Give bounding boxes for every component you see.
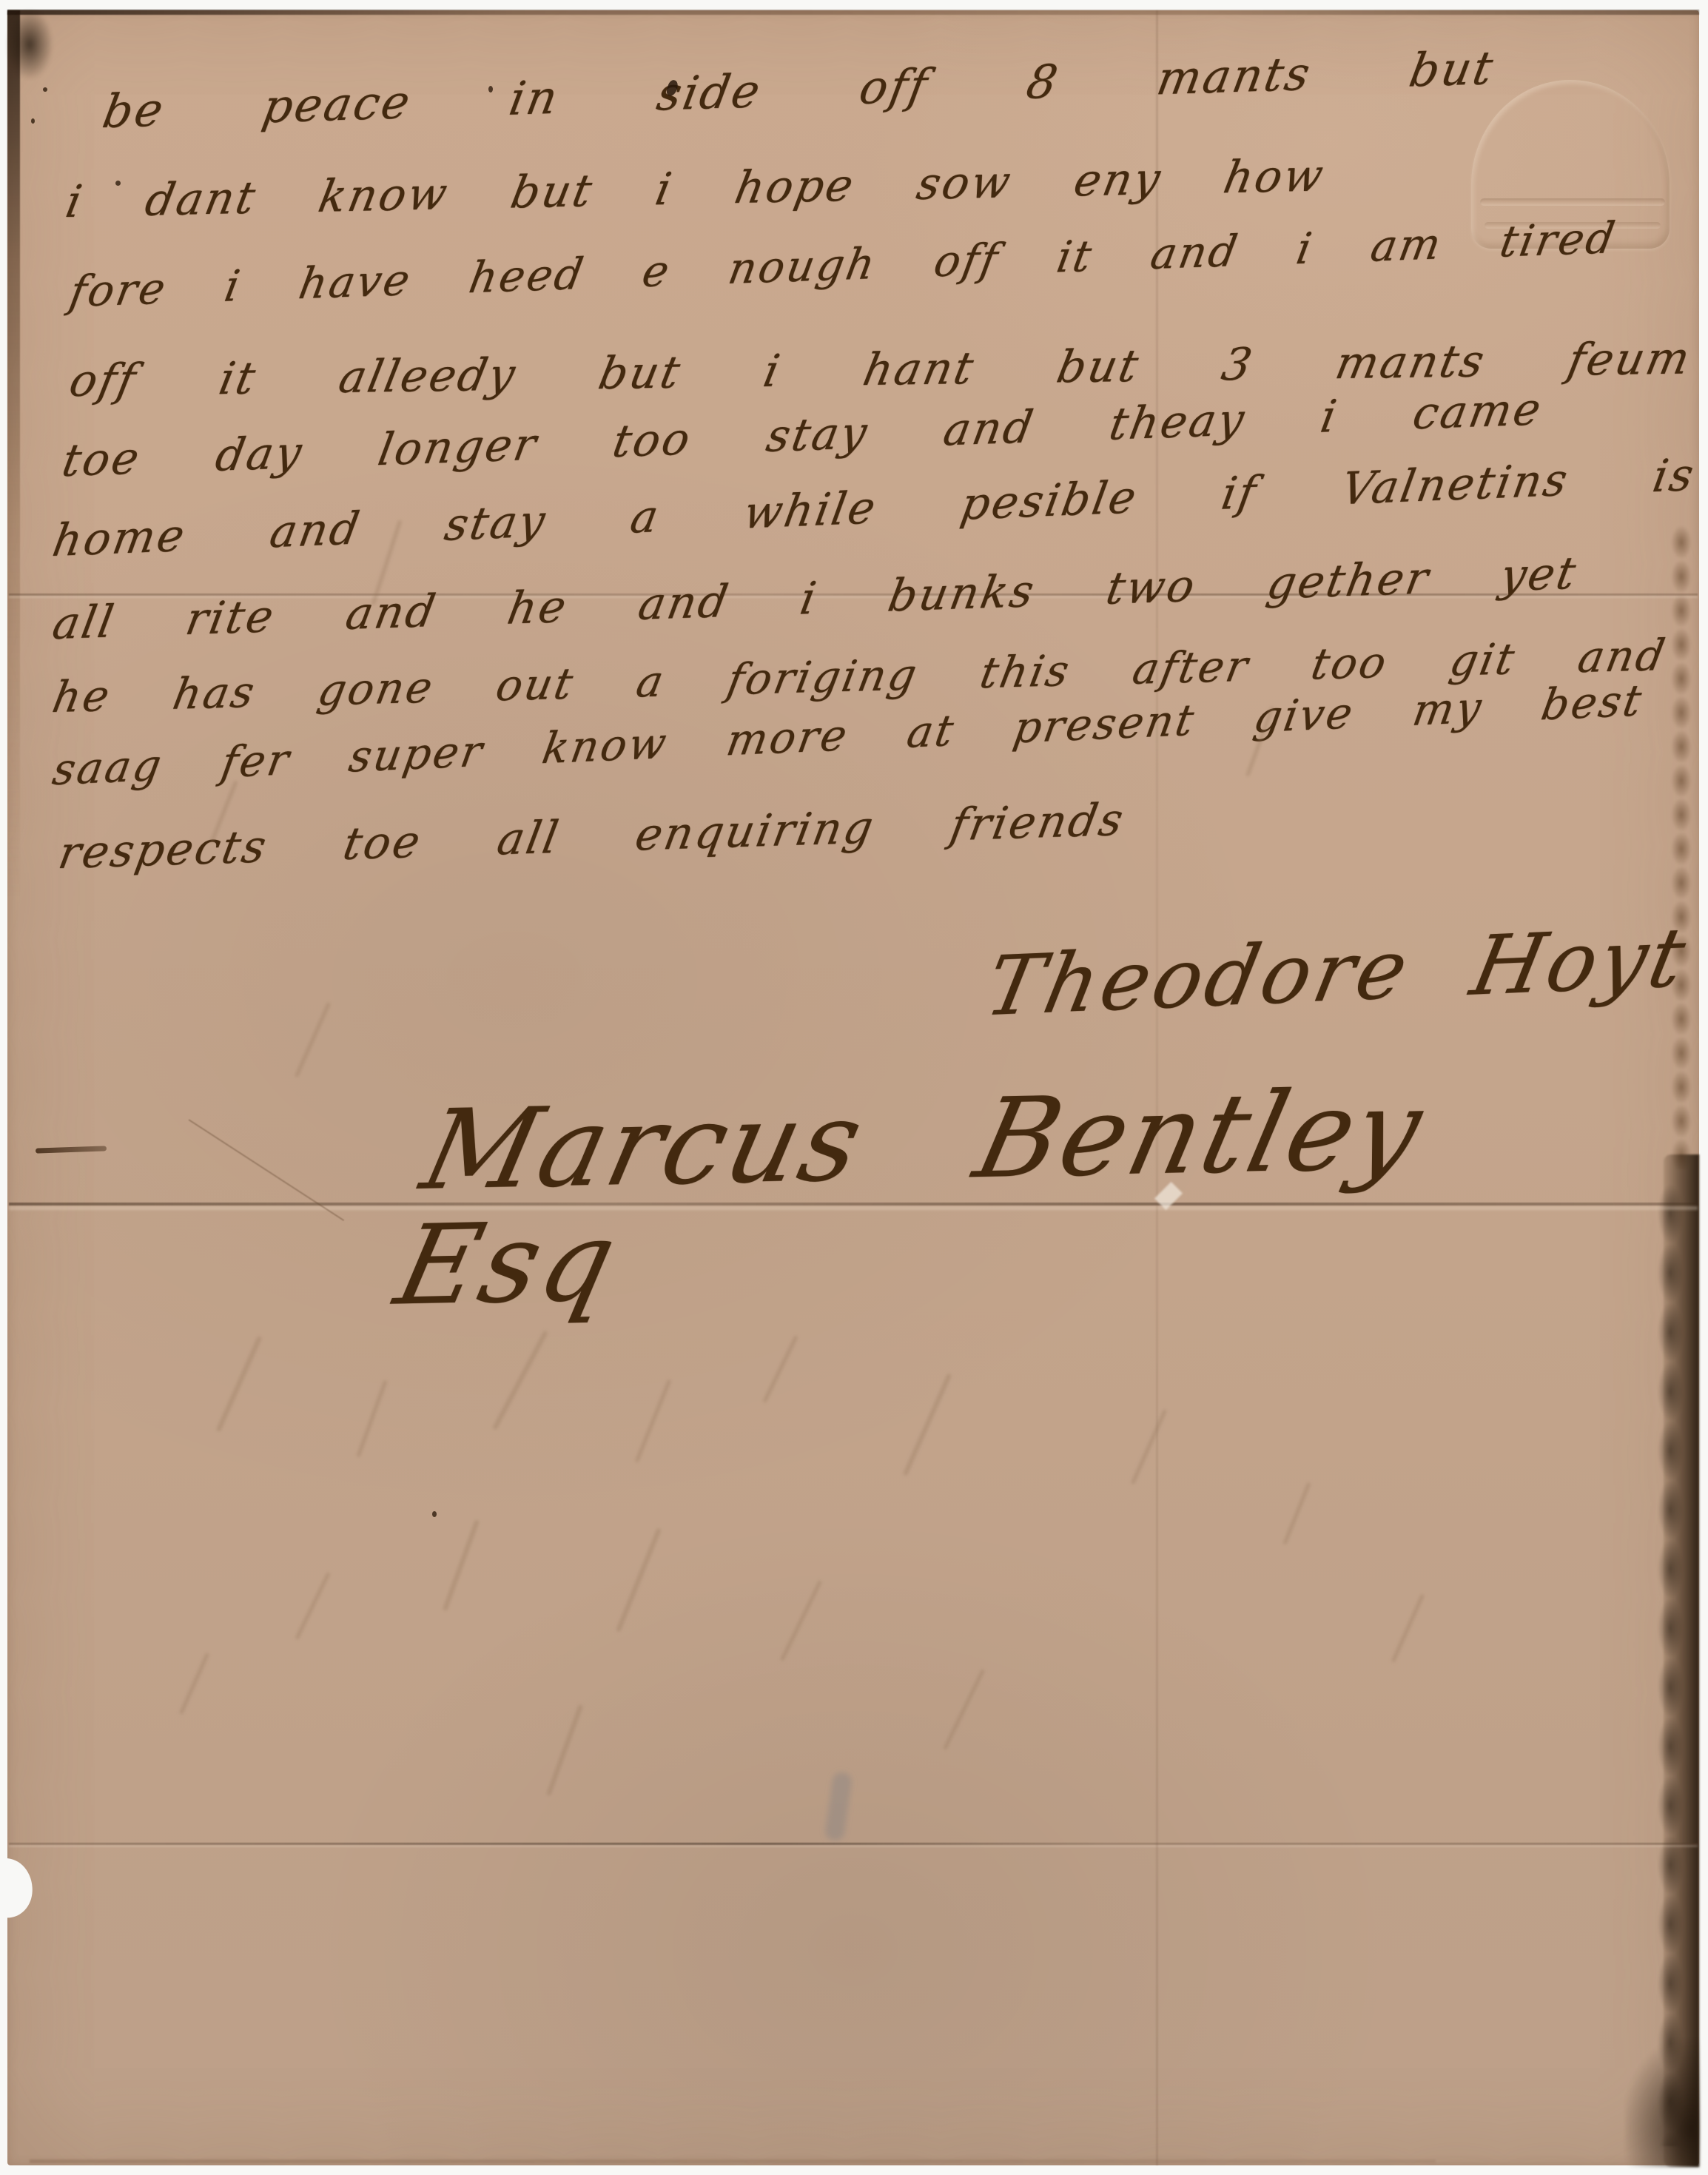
right-edge-stain-upper [1671, 525, 1695, 1169]
ink-speck [432, 1511, 437, 1517]
ink-speck [488, 86, 493, 93]
top-left-corner-stain [6, 9, 53, 80]
top-edge-stain [7, 10, 1699, 15]
ink-speck [43, 87, 47, 92]
addressee: Marcus Bentley Esq [387, 1072, 1435, 1325]
right-edge-stain-mottle [1658, 1184, 1692, 2146]
bottom-edge-shadow [30, 2159, 1436, 2163]
scanned-letter-page: be peace in side off 8 mants but i dant … [0, 0, 1708, 2175]
embossed-seal-ridge [1480, 198, 1665, 206]
bottom-right-corner-stain [1625, 2040, 1699, 2167]
fold-crease-lower-highlight [9, 1845, 1698, 1847]
ink-speck [31, 118, 35, 124]
ink-speck [115, 181, 121, 186]
left-edge-char-stain [7, 10, 20, 898]
